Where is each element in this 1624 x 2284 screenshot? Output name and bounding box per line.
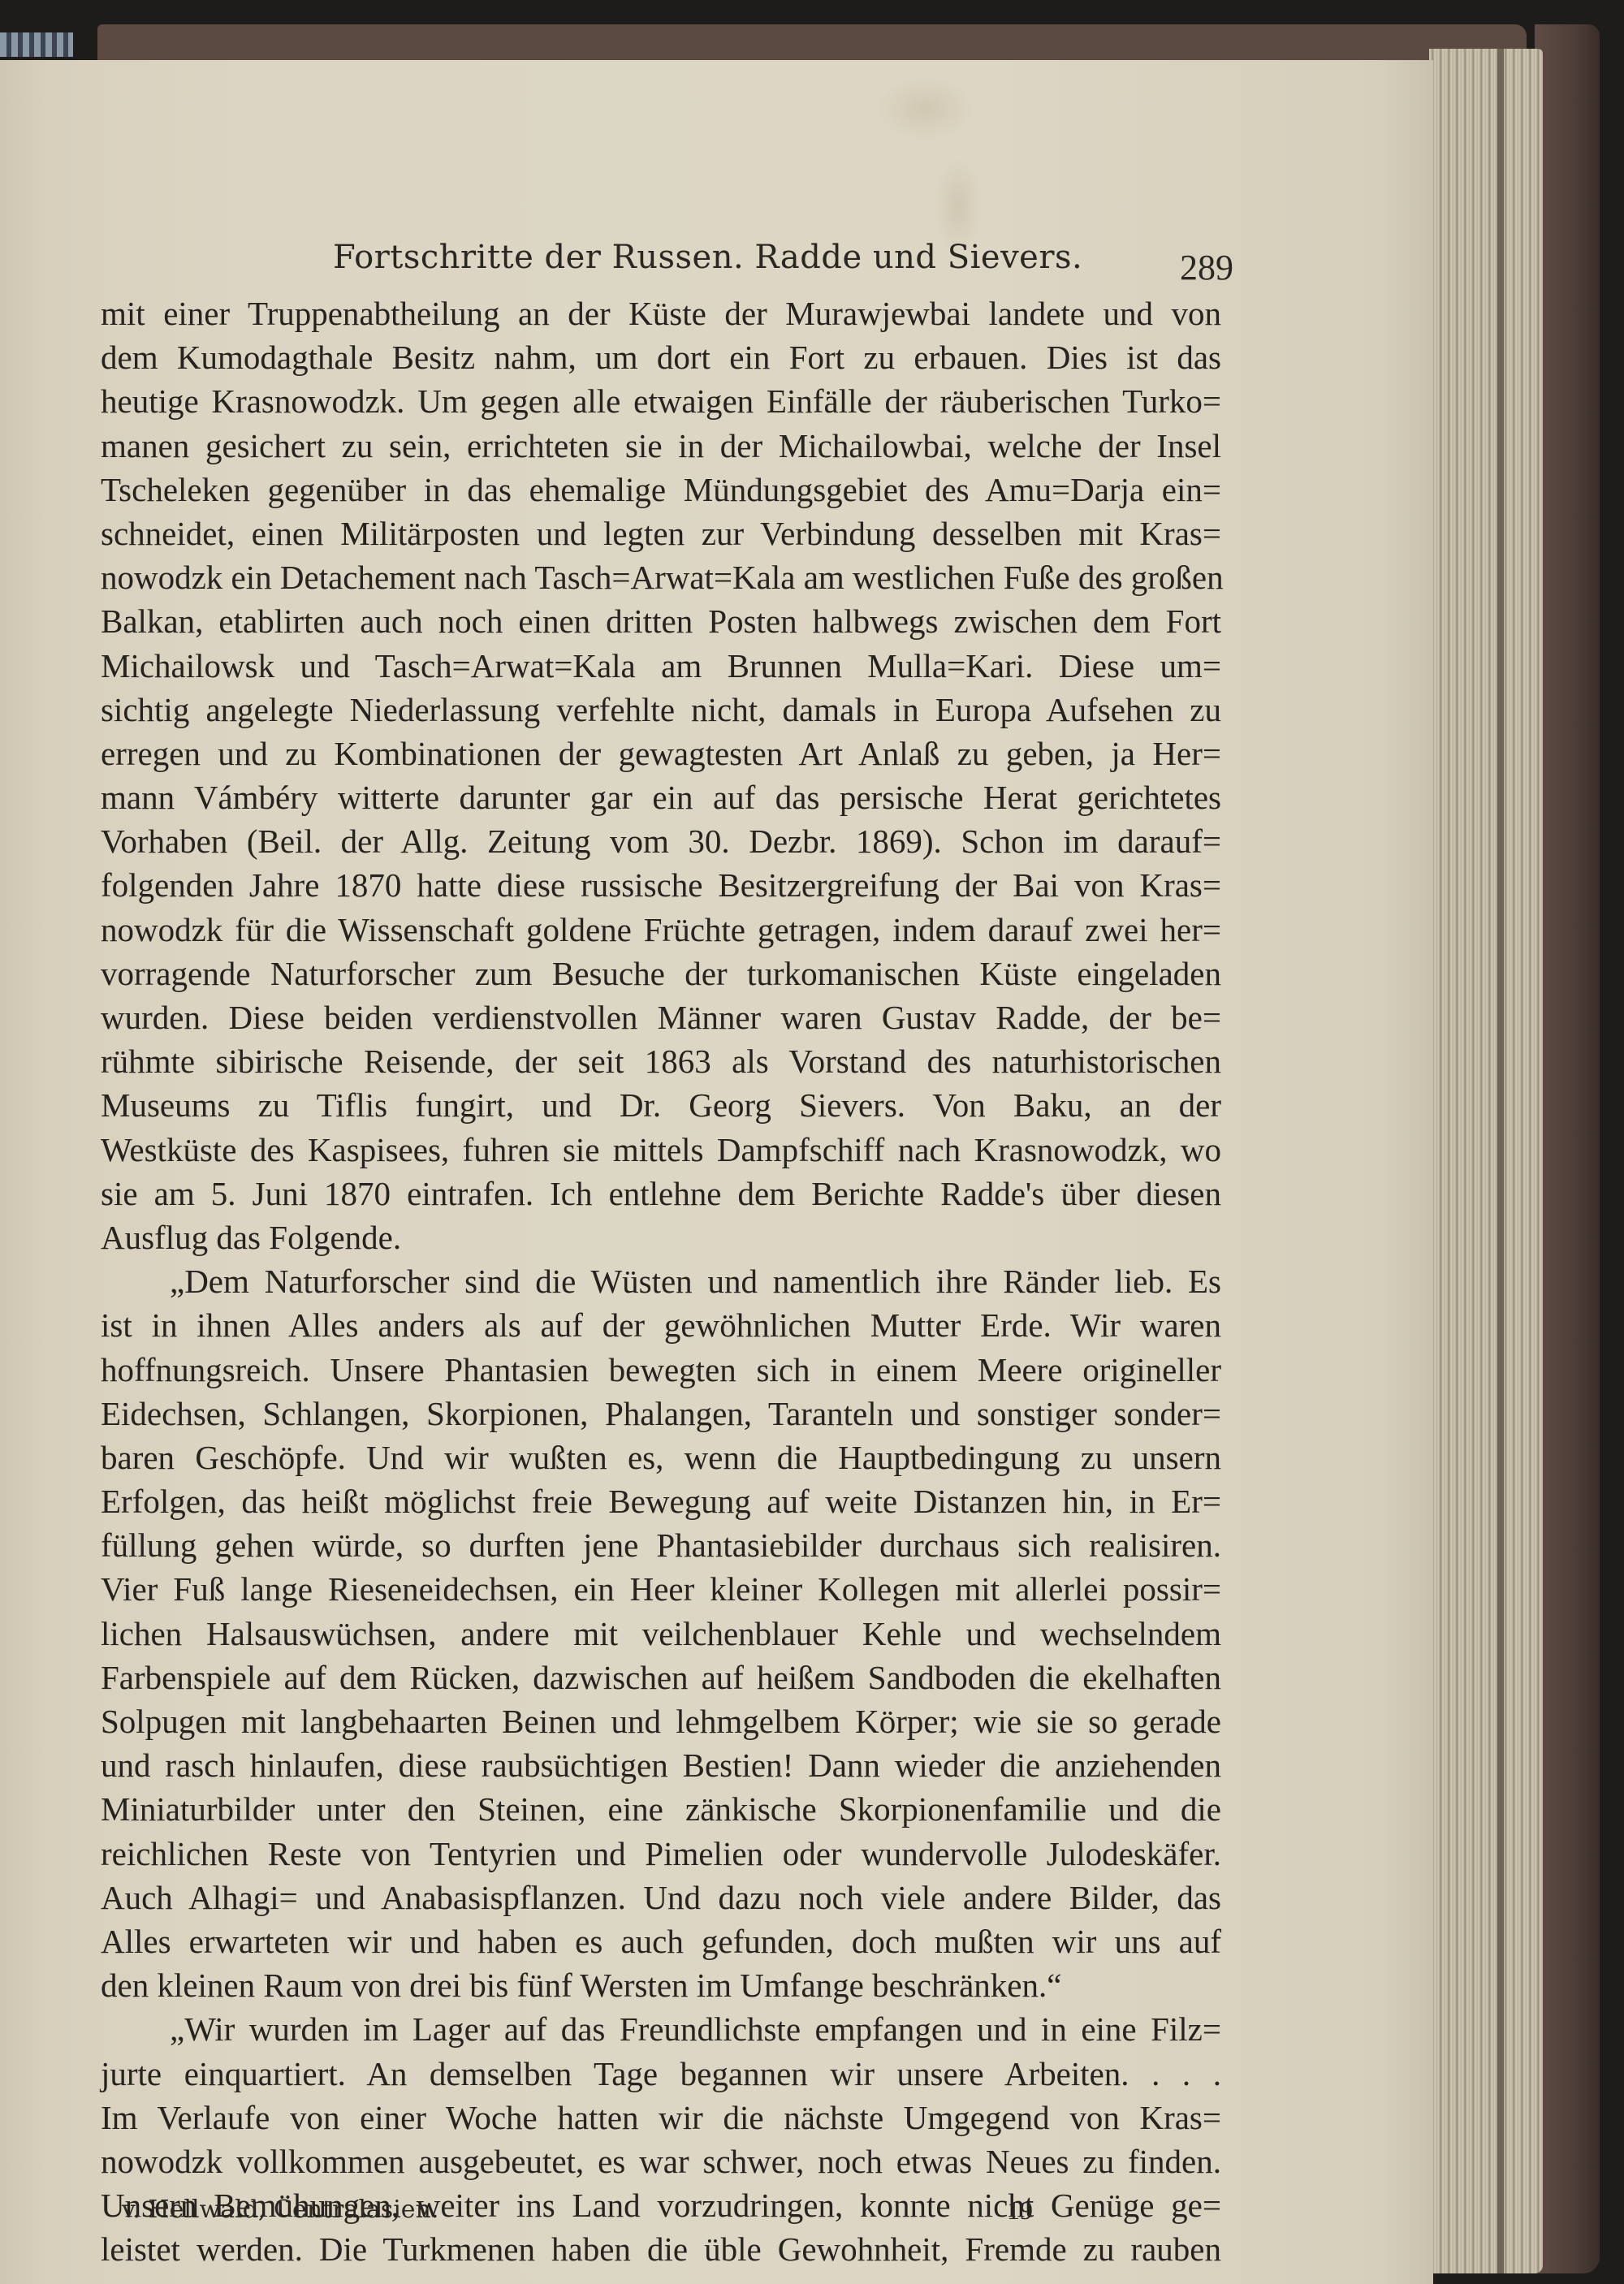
text-line: Im Verlaufe von einer Woche hatten wir d…: [101, 2096, 1221, 2139]
running-head: Fortschritte der Russen. Radde und Sieve…: [0, 182, 1433, 239]
text-line: Solpugen mit langbehaarten Beinen und le…: [101, 1699, 1221, 1743]
page-block-gap: [1497, 49, 1504, 2273]
page-block-edges: [1429, 49, 1543, 2273]
text-line: Alles erwarteten wir und haben es auch g…: [101, 1919, 1221, 1963]
text-line: Tscheleken gegenüber in das ehemalige Mü…: [101, 468, 1221, 512]
running-head-title: Fortschritte der Russen. Radde und Sieve…: [333, 239, 1082, 276]
text-line: reichlichen Reste von Tentyrien und Pime…: [101, 1832, 1221, 1876]
text-line: mit einer Truppenabtheilung an der Küste…: [101, 291, 1221, 335]
book-cover-right-edge: [1535, 24, 1600, 2273]
book-cover-top-edge: [97, 24, 1527, 61]
text-line: wurden. Diese beiden verdienstvollen Män…: [101, 995, 1221, 1039]
text-line: jurte einquartiert. An demselben Tage be…: [101, 2052, 1221, 2096]
text-line: manen gesichert zu sein, errichteten sie…: [101, 424, 1221, 468]
page-footer: v. Hellwald, Centralasien. 19: [122, 2195, 1259, 2244]
text-line: nowodzk vollkommen ausgebeutet, es war s…: [101, 2139, 1221, 2183]
footer-signature-number: 19: [1007, 2195, 1033, 2226]
text-line: Farbenspiele auf dem Rücken, dazwischen …: [101, 1656, 1221, 1699]
text-line: Balkan, etablirten auch noch einen dritt…: [101, 599, 1221, 643]
text-line: und rasch hinlaufen, diese raubsüchtigen…: [101, 1743, 1221, 1787]
text-line: mann Vámbéry witterte darunter gar ein a…: [101, 775, 1221, 819]
footer-signature: v. Hellwald, Centralasien.: [122, 2195, 438, 2224]
text-line: Vier Fuß lange Rieseneidechsen, ein Heer…: [101, 1567, 1221, 1611]
text-line: „Dem Naturforscher sind die Wüsten und n…: [101, 1259, 1221, 1303]
text-line: dem Kumodagthale Besitz nahm, um dort ei…: [101, 335, 1221, 379]
paper-stain: [877, 76, 974, 141]
text-line: „Wir wurden im Lager auf das Freundlichs…: [101, 2007, 1221, 2051]
text-line: Museums zu Tiflis fungirt, und Dr. Georg…: [101, 1083, 1221, 1127]
text-line: füllung gehen würde, so durften jene Pha…: [101, 1523, 1221, 1567]
adjacent-book-spine: [0, 32, 73, 57]
text-line: heutige Krasnowodzk. Um gegen alle etwai…: [101, 379, 1221, 423]
text-line: sichtig angelegte Niederlassung verfehlt…: [101, 688, 1221, 732]
text-line: Miniaturbilder unter den Steinen, eine z…: [101, 1787, 1221, 1831]
text-line: lichen Halsauswüchsen, andere mit veilch…: [101, 1612, 1221, 1656]
book-page: Fortschritte der Russen. Radde und Sieve…: [0, 60, 1433, 2284]
text-line: Auch Alhagi= und Anabasispflanzen. Und d…: [101, 1876, 1221, 1919]
text-line: den kleinen Raum von drei bis fünf Werst…: [101, 1963, 1221, 2007]
text-line: erregen und zu Kombinationen der gewagte…: [101, 732, 1221, 775]
text-line: sie am 5. Juni 1870 eintrafen. Ich entle…: [101, 1172, 1221, 1215]
text-line: ist in ihnen Alles anders als auf der ge…: [101, 1303, 1221, 1347]
text-line: nowodzk für die Wissenschaft goldene Frü…: [101, 908, 1221, 952]
text-line: rühmte sibirische Reisende, der seit 186…: [101, 1039, 1221, 1083]
text-line: Erfolgen, das heißt möglichst freie Bewe…: [101, 1479, 1221, 1523]
text-line: folgenden Jahre 1870 hatte diese russisc…: [101, 863, 1221, 907]
text-line: vorragende Naturforscher zum Besuche der…: [101, 952, 1221, 995]
text-line: hoffnungsreich. Unsere Phantasien bewegt…: [101, 1348, 1221, 1392]
text-line: Vorhaben (Beil. der Allg. Zeitung vom 30…: [101, 819, 1221, 863]
body-text: mit einer Truppenabtheilung an der Küste…: [101, 291, 1221, 2271]
text-line: Michailowsk und Tasch=Arwat=Kala am Brun…: [101, 644, 1221, 688]
text-line: nowodzk ein Detachement nach Tasch=Arwat…: [101, 555, 1221, 599]
page-number: 289: [1180, 247, 1233, 288]
text-line: baren Geschöpfe. Und wir wußten es, wenn…: [101, 1436, 1221, 1479]
text-line: Westküste des Kaspisees, fuhren sie mitt…: [101, 1128, 1221, 1172]
text-line: schneidet, einen Militärposten und legte…: [101, 512, 1221, 555]
text-line: Eidechsen, Schlangen, Skorpionen, Phalan…: [101, 1392, 1221, 1436]
text-line: Ausflug das Folgende.: [101, 1215, 1221, 1259]
